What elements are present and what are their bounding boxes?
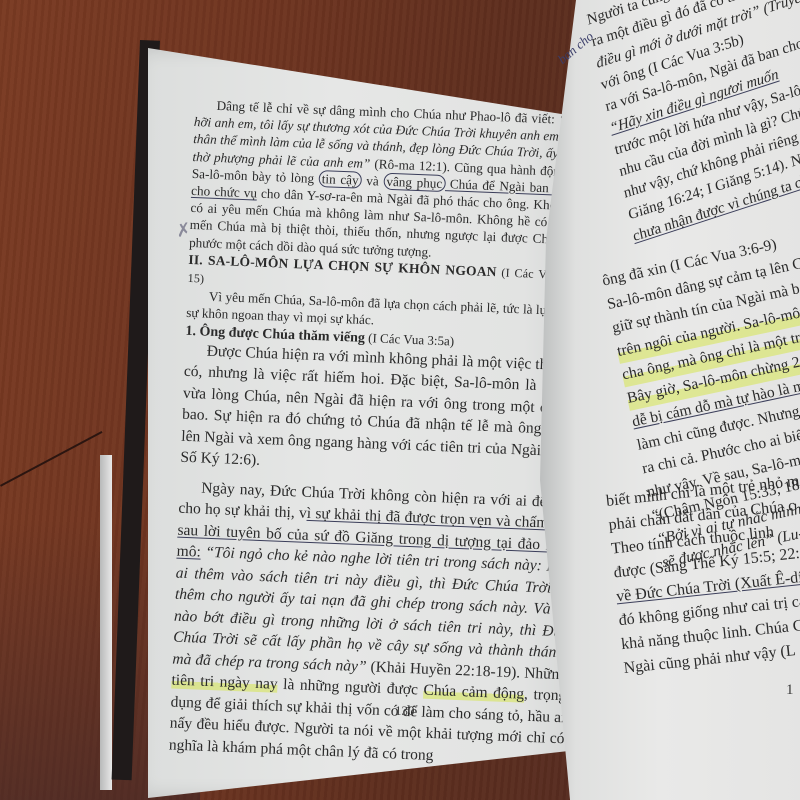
paragraph-offering: Dâng tế lễ chỉ về sự dâng mình cho Chúa …: [189, 96, 590, 267]
highlighted-phrase: tiên tri ngày nay: [171, 672, 278, 693]
page-stack-edge: [100, 455, 112, 790]
circled-word-obey: vâng phục: [383, 172, 446, 191]
left-page-number: 130: [395, 703, 415, 719]
subsection-ref: (I Các Vua 3:5a): [365, 330, 455, 349]
quote-revelation: “Tôi ngỏ cho kẻ nào nghe lời tiên tri tr…: [172, 544, 572, 675]
highlighted-phrase: Chúa cảm động: [423, 682, 524, 703]
paragraph-revelation: Ngày nay, Đức Chúa Trời không còn hiện r…: [168, 477, 574, 772]
text: (Khải Huyền 22:18-19). Những: [366, 658, 567, 683]
text: và: [361, 173, 383, 189]
right-page-bottom-text: biết mình chỉ là một trẻ nhỏ mà chúa phả…: [605, 468, 800, 681]
right-page-number: 1: [786, 682, 794, 699]
text: là những người được: [277, 676, 424, 699]
paragraph-visited: Được Chúa hiện ra với mình không phải là…: [180, 340, 580, 485]
left-page-text: Dâng tế lễ chỉ về sự dâng mình cho Chúa …: [168, 96, 589, 772]
circled-word-trust: tin cậy: [318, 170, 362, 189]
